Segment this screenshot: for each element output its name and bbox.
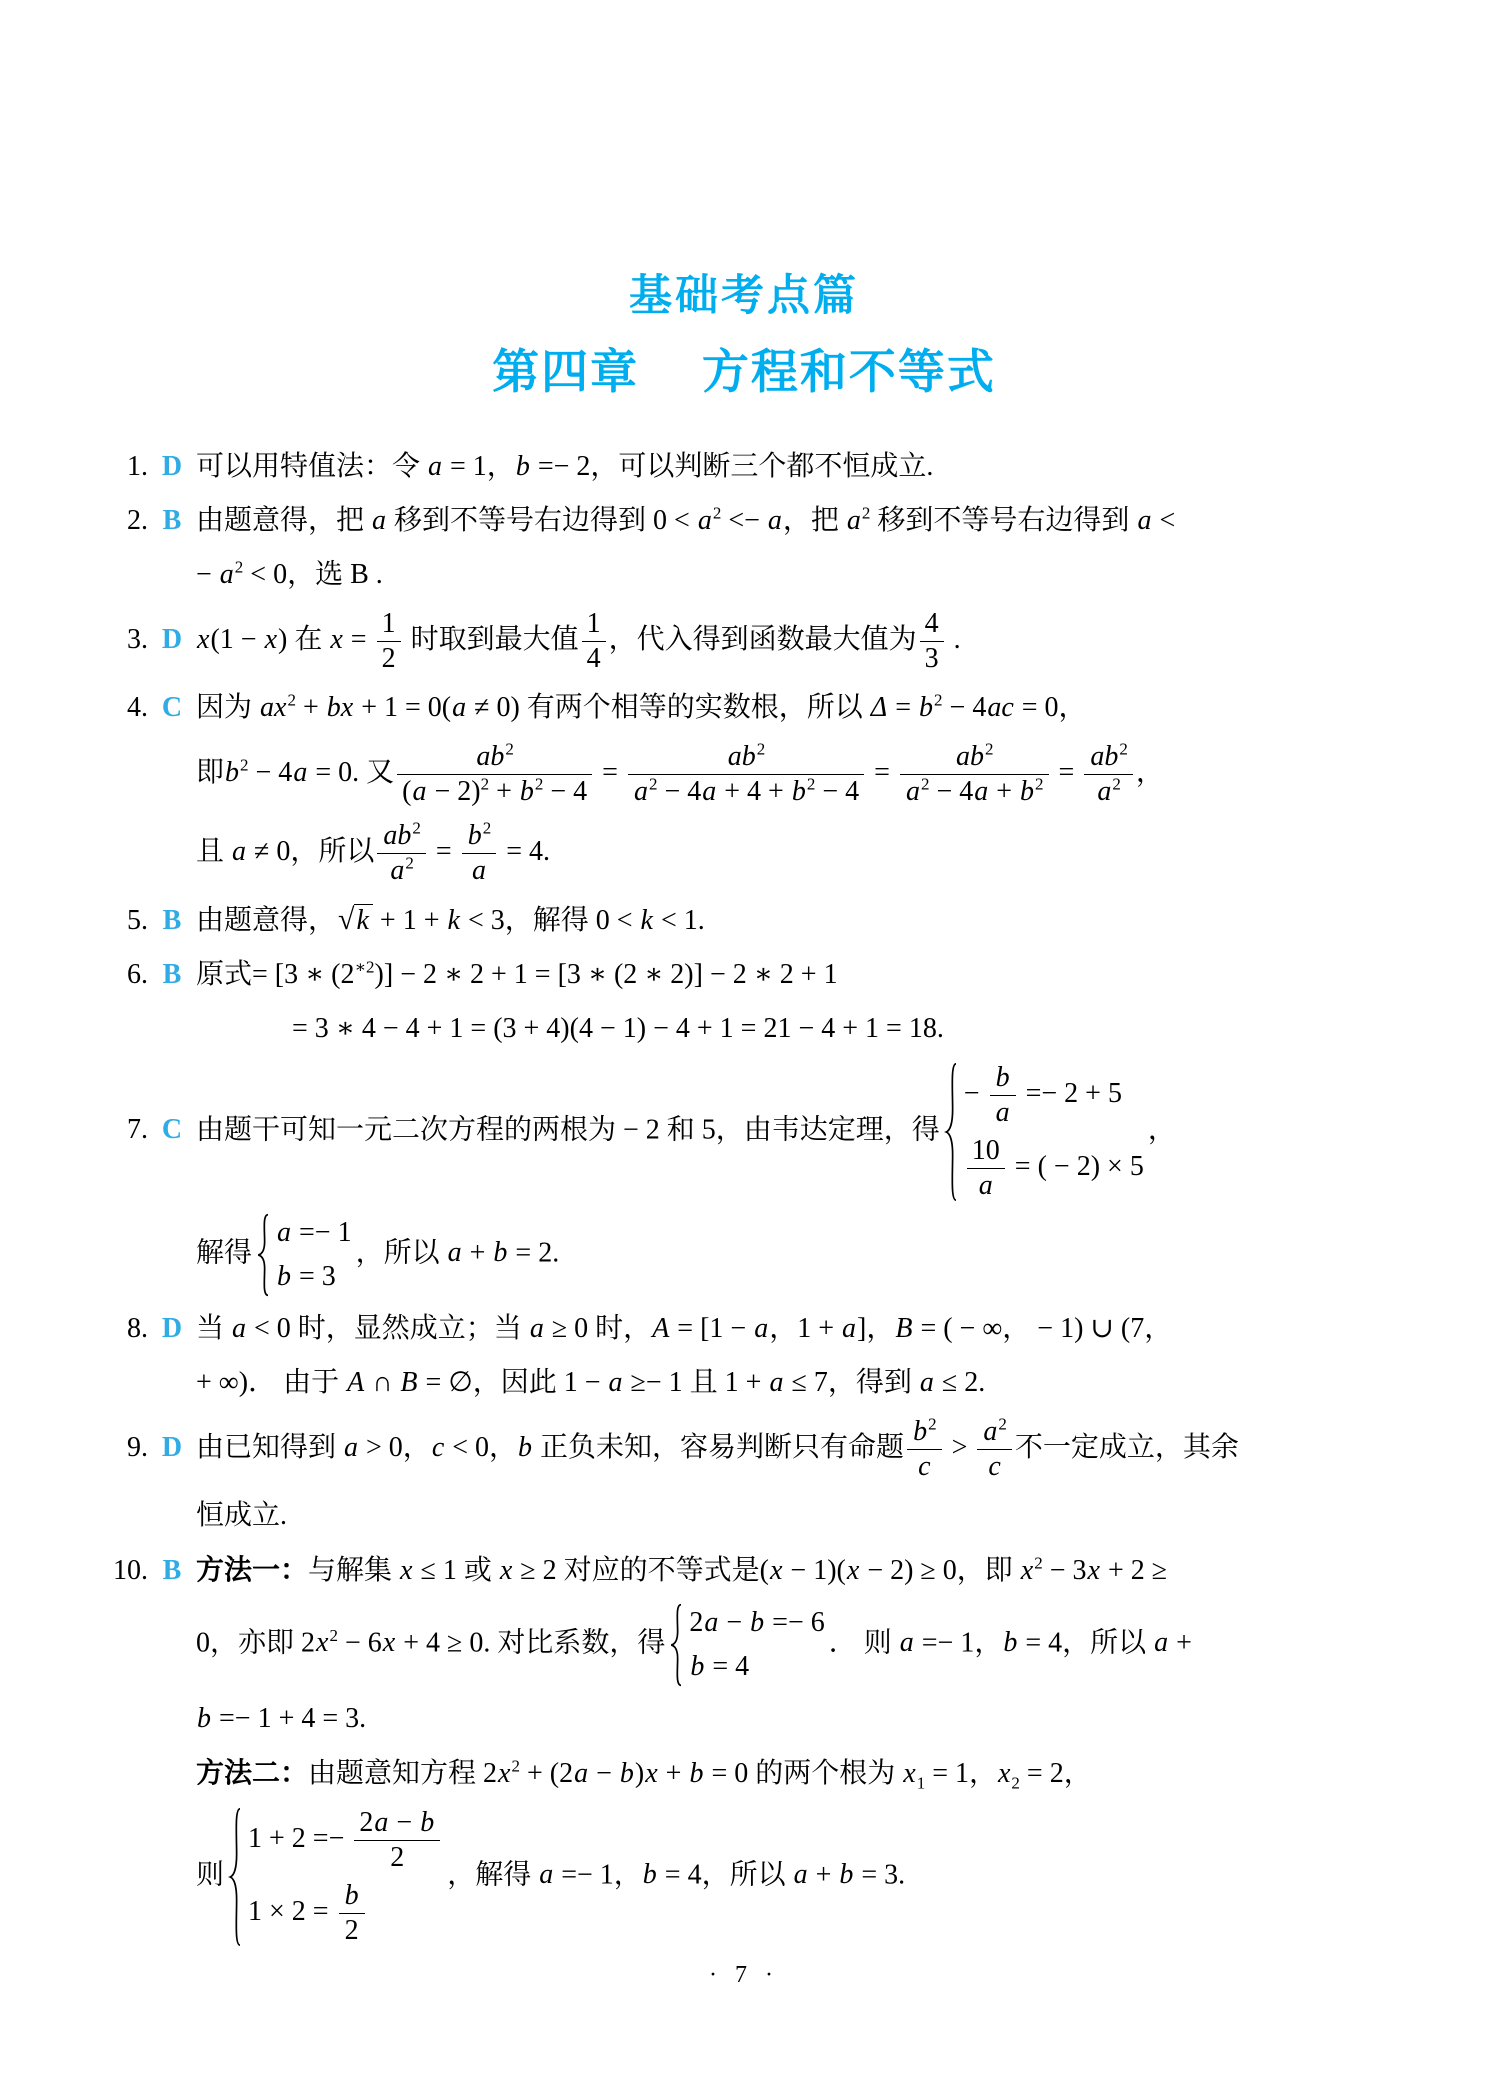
math-variable: a [1136, 505, 1152, 536]
text-run: + [463, 1237, 493, 1268]
math-variable: b [515, 451, 531, 482]
text-run: =− 1， [554, 1859, 642, 1890]
text-run: 由题干可知一元二次方程的两根为 − 2 和 5，由韦达定理，得 [196, 1114, 940, 1145]
solutions-list: 1.D可以用特值法：令 a = 1，b =− 2，可以判断三个都不恒成立.2.B… [100, 440, 1398, 1953]
text-run: 与解集 [308, 1555, 399, 1586]
math-variable: b [995, 1062, 1011, 1093]
math-variable: a [767, 505, 783, 536]
math-variable: b [492, 1237, 508, 1268]
math-variable: b [196, 1703, 212, 1734]
math-variable: b [642, 1859, 658, 1890]
system-row: − ba =− 2 + 5 [964, 1061, 1144, 1130]
solution-line: 方法二：由题意知方程 2x2 + (2a − b)x + b = 0 的两个根为… [100, 1746, 1398, 1801]
text-run: ，所以 [356, 1237, 447, 1268]
text-run: < 3，解得 0 < [461, 905, 640, 936]
text-run: = [888, 692, 918, 723]
math-variable: Δ [870, 692, 888, 723]
text-run: 移到不等号右边得到 0 < [387, 505, 697, 536]
math-variable: b [1002, 1627, 1018, 1658]
math-variable: a [292, 757, 308, 788]
problem: 3.Dx(1 − x) 在 x = 12 时取到最大值14，代入得到函数最大值为… [100, 602, 1398, 681]
math-variable: b [344, 1880, 360, 1911]
system-row: b = 4 [689, 1647, 824, 1687]
fraction: ba [990, 1061, 1016, 1130]
text-run: + (2 [520, 1758, 573, 1789]
problem: 2.B由题意得，把 a 移到不等号右边得到 0 < a2 <− a，把 a2 移… [100, 494, 1398, 602]
math-variable: a [471, 855, 487, 886]
text-run: > 0， [359, 1432, 431, 1463]
text-run: < 0 时，显然成立；当 [247, 1313, 529, 1344]
radical-icon: √ [338, 903, 354, 936]
problem-number: 8. [100, 1307, 148, 1351]
problem: 5.B由题意得，√k + 1 + k < 3，解得 0 < k < 1. [100, 893, 1398, 948]
problem: 9.D由已知得到 a > 0，c < 0，b 正负未知，容易判断只有命题b2c … [100, 1410, 1398, 1543]
text-run: = 4 [705, 1651, 749, 1682]
textbook-answer-page: 基础考点篇 第四章 方程和不等式 1.D可以用特值法：令 a = 1，b =− … [0, 0, 1488, 2095]
math-variable: a [753, 1313, 769, 1344]
text-run: 由题意知方程 2 [308, 1758, 497, 1789]
superscript: 2 [405, 854, 414, 873]
denominator: 3 [920, 641, 944, 676]
system-row: b = 3 [276, 1257, 352, 1297]
text-run: − [589, 1758, 619, 1789]
math-variable: x [1020, 1555, 1034, 1586]
solution-line: + ∞)． 由于 A ∩ B = ∅，因此 1 − a ≥− 1 且 1 + a… [100, 1356, 1398, 1410]
denominator: 2 [354, 1840, 440, 1875]
answer-letter: C [148, 1108, 196, 1152]
text-run: 1 + 2 =− [248, 1823, 351, 1854]
text-run: > [945, 1432, 975, 1463]
math-variable: a [1153, 1627, 1169, 1658]
superscript: 2 [934, 691, 943, 710]
math-variable: x [846, 1555, 860, 1586]
superscript: 2 [240, 756, 249, 775]
superscript: 2 [928, 1415, 937, 1434]
numerator: ab2 [900, 740, 1049, 774]
denominator: c [977, 1449, 1012, 1484]
text-run: 2 [359, 1807, 373, 1838]
math-variable: a [219, 559, 235, 590]
math-variable: b [419, 1807, 435, 1838]
text-run: + [809, 1859, 839, 1890]
math-variable: a [276, 1217, 292, 1248]
system-row: 1 × 2 = b2 [248, 1879, 443, 1948]
superscript: 2 [1119, 740, 1128, 759]
solution-line: 10.B方法一：与解集 x ≤ 1 或 x ≥ 2 对应的不等式是(x − 1)… [100, 1543, 1398, 1598]
text-run: ≠ 0，所以 [247, 836, 374, 867]
numerator: ab2 [397, 740, 592, 774]
text-run: + 4 ≥ 0. 对比系数，得 [396, 1627, 665, 1658]
subscript: 2 [1011, 1774, 1020, 1793]
fraction: a2c [977, 1415, 1012, 1484]
text-run: − [389, 1807, 419, 1838]
text-run: ≤ 2. [935, 1367, 985, 1398]
solution-line: 6.B原式= [3 ∗ (2∗2)] − 2 ∗ 2 + 1 = [3 ∗ (2… [100, 948, 1398, 1002]
text-run: ，解得 [447, 1859, 538, 1890]
fraction: 43 [920, 607, 944, 676]
text-run: − [964, 1078, 987, 1109]
text-run: 0，亦即 2 [196, 1627, 315, 1658]
text-run: − 3 [1043, 1555, 1087, 1586]
text-run: = 3 ∗ 4 − 4 + 1 = (3 + 4)(4 − 1) − 4 + 1… [292, 1013, 944, 1044]
radicand: k [354, 904, 372, 936]
text-run: = 1， [443, 451, 515, 482]
system-row: 1 + 2 =− 2a − b2 [248, 1806, 443, 1875]
text-run: 由已知得到 [196, 1432, 343, 1463]
numerator: 1 [582, 607, 606, 641]
text-run: 可以用特值法：令 [196, 451, 427, 482]
system-rows: a =− 1b = 3 [271, 1213, 352, 1297]
text-run: ≠ 0) 有两个相等的实数根，所以 [467, 692, 870, 723]
text-run: + 2 ≥ [1101, 1555, 1167, 1586]
solution-line: 5.B由题意得，√k + 1 + k < 3，解得 0 < k < 1. [100, 893, 1398, 948]
math-variable: c [917, 1451, 931, 1482]
math-variable: a [411, 776, 427, 807]
math-variable: a [701, 776, 717, 807]
math-variable: b [791, 776, 807, 807]
system-rows: 1 + 2 =− 2a − b21 × 2 = b2 [243, 1806, 443, 1948]
problem: 4.C因为 ax2 + bx + 1 = 0(a ≠ 0) 有两个相等的实数根，… [100, 681, 1398, 893]
text-run: ≤ 7，得到 [784, 1367, 918, 1398]
text-run: = 4，所以 [1018, 1627, 1153, 1658]
equation-system: − ba =− 2 + 510a = ( − 2) × 5 [944, 1061, 1144, 1203]
text-run: = [1 − [670, 1313, 753, 1344]
text-run: 则 [196, 1859, 224, 1890]
math-variable: x [1087, 1555, 1101, 1586]
text-run: < [1152, 505, 1175, 536]
text-run: =− 2 + 5 [1019, 1078, 1122, 1109]
math-variable: b [688, 1758, 704, 1789]
answer-letter: D [148, 1426, 196, 1470]
text-run: = [344, 624, 374, 655]
fraction: ab2a2 − 4a + b2 [900, 740, 1049, 809]
math-variable: x [196, 624, 210, 655]
text-run: 1 [382, 608, 396, 639]
text-run: =− 1 [292, 1217, 352, 1248]
text-run: = ( − ∞， − 1) ∪ (7， [913, 1313, 1172, 1344]
text-run: + 1 + [373, 905, 447, 936]
text-run: ， [1136, 757, 1164, 788]
math-variable: a [919, 1367, 935, 1398]
math-variable: B [894, 1313, 913, 1344]
text-run: 正负未知，容易判断只有命题 [533, 1432, 904, 1463]
text-run: 4 [587, 643, 601, 674]
numerator: b2 [907, 1415, 942, 1449]
subscript: 1 [917, 1774, 926, 1793]
denominator: 2 [339, 1913, 365, 1948]
problem: 1.D可以用特值法：令 a = 1，b =− 2，可以判断三个都不恒成立. [100, 440, 1398, 494]
fraction: 2a − b2 [354, 1806, 440, 1875]
fraction: ab2(a − 2)2 + b2 − 4 [397, 740, 592, 809]
numerator: b [339, 1879, 365, 1913]
text-run: 由题意得，把 [196, 505, 371, 536]
system-row: 10a = ( − 2) × 5 [964, 1134, 1144, 1203]
numerator: b [990, 1061, 1016, 1095]
solution-line: 4.C因为 ax2 + bx + 1 = 0(a ≠ 0) 有两个相等的实数根，… [100, 681, 1398, 735]
superscript: 2 [287, 691, 296, 710]
problem: 8.D当 a < 0 时，显然成立；当 a ≥ 0 时，A = [1 − a，1… [100, 1302, 1398, 1410]
math-variable: a [371, 505, 387, 536]
math-variable: a [978, 1170, 994, 1201]
superscript: 2 [505, 740, 514, 759]
text-run: = 0. 又 [308, 757, 394, 788]
fraction: ab2a2 [1084, 740, 1133, 809]
math-variable: c [431, 1432, 445, 1463]
math-variable: k [447, 905, 461, 936]
math-variable: a [703, 1607, 719, 1638]
system-row: a =− 1 [276, 1213, 352, 1253]
problem-number: 6. [100, 953, 148, 997]
math-variable: A [651, 1313, 670, 1344]
math-variable: x [997, 1758, 1011, 1789]
math-variable: a [373, 1807, 389, 1838]
answer-letter: B [148, 499, 196, 543]
math-variable: x [315, 1627, 329, 1658]
problem-number: 2. [100, 499, 148, 543]
problem: 6.B原式= [3 ∗ (2∗2)] − 2 ∗ 2 + 1 = [3 ∗ (2… [100, 948, 1398, 1056]
math-variable: x [769, 1555, 783, 1586]
text-run: ]， [857, 1313, 894, 1344]
problem-number: 10. [100, 1549, 148, 1593]
solution-line: 8.D当 a < 0 时，显然成立；当 a ≥ 0 时，A = [1 − a，1… [100, 1302, 1398, 1356]
fraction: 12 [377, 607, 401, 676]
denominator: a2 − 4a + 4 + b2 − 4 [628, 774, 864, 809]
math-variable: b [838, 1859, 854, 1890]
denominator: a2 [377, 853, 426, 888]
text-run: = ( − 2) × 5 [1008, 1151, 1144, 1182]
text-run: 1 × 2 = [248, 1896, 336, 1927]
answer-letter: B [148, 953, 196, 997]
text-run: + 1 = 0( [354, 692, 451, 723]
math-variable: a [538, 1859, 554, 1890]
text-run: 即 [196, 757, 224, 788]
text-run: 3 [925, 643, 939, 674]
math-variable: ab [955, 741, 985, 772]
text-run: 4 [925, 608, 939, 639]
text-run: ∩ [365, 1367, 399, 1398]
problem-number: 5. [100, 899, 148, 943]
numerator: ab2 [1084, 740, 1133, 774]
text-run: ≥− 1 且 1 + [624, 1367, 769, 1398]
answer-letter: D [148, 618, 196, 662]
text-run: + [659, 1758, 689, 1789]
text-run: ) 在 [278, 624, 329, 655]
math-variable: b [749, 1607, 765, 1638]
math-variable: a [905, 776, 921, 807]
math-variable: a [608, 1367, 624, 1398]
equation-system: a =− 1b = 3 [256, 1213, 352, 1297]
math-variable: a [697, 505, 713, 536]
solution-line: 0，亦即 2x2 − 6x + 4 ≥ 0. 对比系数，得2a − b =− 6… [100, 1598, 1398, 1692]
text-run: + ∞)． 由于 [196, 1367, 346, 1398]
text-run: = 2， [1020, 1758, 1092, 1789]
math-variable: x [382, 1627, 396, 1658]
math-variable: a [389, 855, 405, 886]
method-label: 方法二： [196, 1757, 308, 1788]
denominator: 4 [582, 641, 606, 676]
system-row: 2a − b =− 6 [689, 1603, 824, 1643]
math-variable: A [346, 1367, 365, 1398]
math-variable: B [399, 1367, 418, 1398]
solution-line: 恒成立. [100, 1489, 1398, 1543]
text-run: ，把 [783, 505, 846, 536]
text-run: (1 − [210, 624, 263, 655]
text-run: + [489, 776, 519, 807]
math-variable: b [519, 776, 535, 807]
text-run: < 0，选 B . [243, 559, 382, 590]
text-run: 2 [345, 1915, 359, 1946]
superscript: 2 [511, 1757, 520, 1776]
superscript: ∗2 [354, 958, 374, 977]
text-run: − 4 [249, 757, 293, 788]
math-variable: a [529, 1313, 545, 1344]
math-variable: a [573, 1758, 589, 1789]
solution-line: 解得a =− 1b = 3，所以 a + b = 2. [100, 1208, 1398, 1302]
text-run: − 4 [543, 776, 587, 807]
text-run: = 2. [508, 1237, 559, 1268]
equation-system: 2a − b =− 6b = 4 [669, 1603, 824, 1687]
numerator: b2 [462, 819, 497, 853]
math-variable: x [497, 1758, 511, 1789]
numerator: ab2 [628, 740, 864, 774]
text-run: − [719, 1607, 749, 1638]
text-run: 原式= [3 ∗ (2 [196, 959, 354, 990]
solution-line: − a2 < 0，选 B . [100, 548, 1398, 602]
math-variable: a [793, 1859, 809, 1890]
solution-line: 则1 + 2 =− 2a − b21 × 2 = b2，解得 a =− 1，b … [100, 1801, 1398, 1953]
math-variable: a [973, 776, 989, 807]
text-run: =− 1 + 4 = 3. [212, 1703, 366, 1734]
math-variable: b [912, 1416, 928, 1447]
math-variable: b [467, 820, 483, 851]
text-run: 1 [587, 608, 601, 639]
text-run: = 4，所以 [658, 1859, 793, 1890]
math-variable: ab [1089, 741, 1119, 772]
numerator: 10 [967, 1134, 1005, 1168]
text-run: 恒成立. [196, 1500, 287, 1531]
equation-system: 1 + 2 =− 2a − b21 × 2 = b2 [228, 1806, 443, 1948]
text-run: ，1 + [769, 1313, 841, 1344]
denominator: a2 − 4a + b2 [900, 774, 1049, 809]
math-variable: b [276, 1261, 292, 1292]
fraction: b2c [907, 1415, 942, 1484]
fraction: ab2a2 [377, 819, 426, 888]
math-variable: b [619, 1758, 635, 1789]
text-run: = 3 [292, 1261, 336, 1292]
superscript: 2 [412, 819, 421, 838]
math-variable: a [427, 451, 443, 482]
math-variable: a [768, 1367, 784, 1398]
square-root: √k [338, 898, 373, 943]
math-variable: a [995, 1097, 1011, 1128]
text-run: = [595, 757, 625, 788]
text-run: − 6 [338, 1627, 382, 1658]
problem: 10.B方法一：与解集 x ≤ 1 或 x ≥ 2 对应的不等式是(x − 1)… [100, 1543, 1398, 1953]
title-block: 基础考点篇 第四章 方程和不等式 [0, 0, 1488, 402]
denominator: a [462, 853, 497, 888]
math-variable: a [899, 1627, 915, 1658]
text-run: 不一定成立，其余 [1015, 1432, 1239, 1463]
fraction: 10a [967, 1134, 1005, 1203]
numerator: 2a − b [354, 1806, 440, 1840]
denominator: 2 [377, 641, 401, 676]
numerator: a2 [977, 1415, 1012, 1449]
chapter-title: 第四章 方程和不等式 [0, 335, 1488, 402]
math-variable: a [633, 776, 649, 807]
text-run: =− 6 [765, 1607, 825, 1638]
text-run: 解得 [196, 1237, 252, 1268]
denominator: a [990, 1095, 1016, 1130]
answer-letter: B [148, 1549, 196, 1593]
text-run: = 3. [854, 1859, 905, 1890]
solution-line: 2.B由题意得，把 a 移到不等号右边得到 0 < a2 <− a，把 a2 移… [100, 494, 1398, 548]
system-rows: − ba =− 2 + 510a = ( − 2) × 5 [959, 1061, 1144, 1203]
superscript: 2 [985, 740, 994, 759]
solution-line: 即b2 − 4a = 0. 又ab2(a − 2)2 + b2 − 4 = ab… [100, 735, 1398, 814]
text-run: − 4 [943, 692, 987, 723]
numerator: 4 [920, 607, 944, 641]
fraction: b2 [339, 1879, 365, 1948]
left-brace-icon [256, 1213, 271, 1297]
text-run: ， [1148, 1114, 1176, 1145]
text-run: ． 则 [829, 1627, 899, 1658]
solution-line: b =− 1 + 4 = 3. [100, 1692, 1398, 1746]
text-run: − 2) ≥ 0，即 [860, 1555, 1019, 1586]
text-run: 移到不等号右边得到 [870, 505, 1136, 536]
superscript: 2 [483, 819, 492, 838]
problem: 7.C由题干可知一元二次方程的两根为 − 2 和 5，由韦达定理，得− ba =… [100, 1056, 1398, 1302]
text-run: 时取到最大值 [404, 624, 579, 655]
method-label: 方法一： [196, 1554, 308, 1585]
page-number: · 7 · [0, 1962, 1488, 1989]
text-run: ≥ 2 对应的不等式是( [513, 1555, 769, 1586]
fraction: b2a [462, 819, 497, 888]
math-variable: ac [986, 692, 1014, 723]
math-variable: a [343, 1432, 359, 1463]
text-run: ≥ 0 时， [545, 1313, 651, 1344]
text-run: + [1169, 1627, 1192, 1658]
text-run: <− [721, 505, 767, 536]
denominator: a2 [1084, 774, 1133, 809]
text-run: ) [635, 1758, 644, 1789]
math-variable: x [399, 1555, 413, 1586]
text-run: 2 [390, 1842, 404, 1873]
problem-number: 3. [100, 618, 148, 662]
math-variable: a [1096, 776, 1112, 807]
text-run: 2 [689, 1607, 703, 1638]
math-variable: ax [259, 692, 287, 723]
denominator: a [967, 1168, 1005, 1203]
section-title: 基础考点篇 [0, 262, 1488, 323]
math-variable: b [1019, 776, 1035, 807]
problem-number: 7. [100, 1108, 148, 1152]
math-variable: ab [475, 741, 505, 772]
text-run: = 0， [1015, 692, 1087, 723]
math-variable: x [499, 1555, 513, 1586]
superscript: 2 [998, 1415, 1007, 1434]
math-variable: a [231, 1313, 247, 1344]
system-rows: 2a − b =− 6b = 4 [684, 1603, 824, 1687]
text-run: − 4 [657, 776, 701, 807]
text-run: = [429, 836, 459, 867]
text-run: 2 [382, 643, 396, 674]
solution-line: 3.Dx(1 − x) 在 x = 12 时取到最大值14，代入得到函数最大值为… [100, 602, 1398, 681]
answer-letter: D [148, 1307, 196, 1351]
text-run: 当 [196, 1313, 231, 1344]
math-variable: bx [326, 692, 354, 723]
text-run: − 2) [427, 776, 480, 807]
solution-line: 且 a ≠ 0，所以ab2a2 = b2a = 4. [100, 814, 1398, 893]
